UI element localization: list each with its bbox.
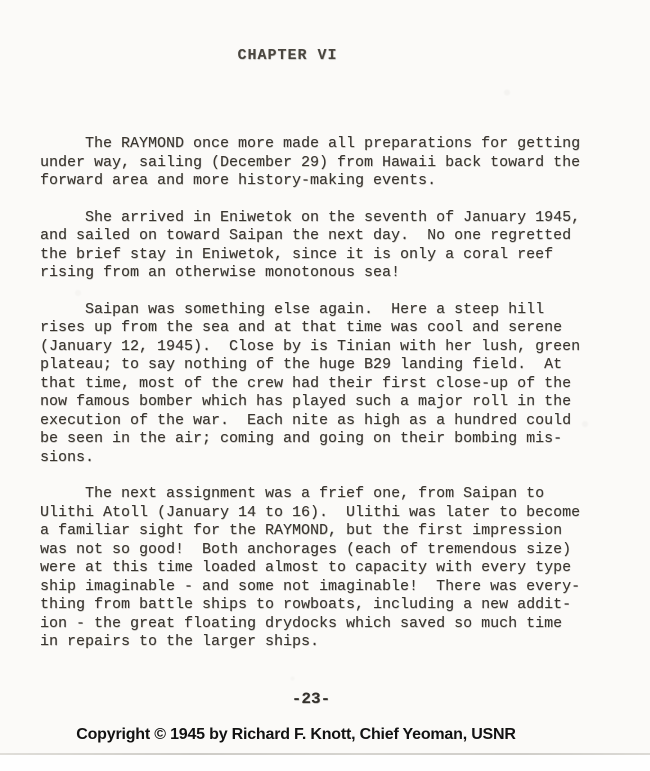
paragraph-4: The next assignment was a frief one, fro… xyxy=(40,485,610,652)
copyright-notice: Copyright © 1945 by Richard F. Knott, Ch… xyxy=(0,726,592,744)
paragraph-3: Saipan was something else again. Here a … xyxy=(40,301,610,468)
scan-bottom-margin xyxy=(0,755,650,771)
scanned-document-page: CHAPTER VI The RAYMOND once more made al… xyxy=(0,0,650,771)
document-body: The RAYMOND once more made all preparati… xyxy=(40,135,610,670)
paragraph-1: The RAYMOND once more made all preparati… xyxy=(40,135,610,191)
chapter-heading: CHAPTER VI xyxy=(0,47,575,64)
paragraph-2: She arrived in Eniwetok on the seventh o… xyxy=(40,209,610,283)
page-number: -23- xyxy=(0,690,622,708)
